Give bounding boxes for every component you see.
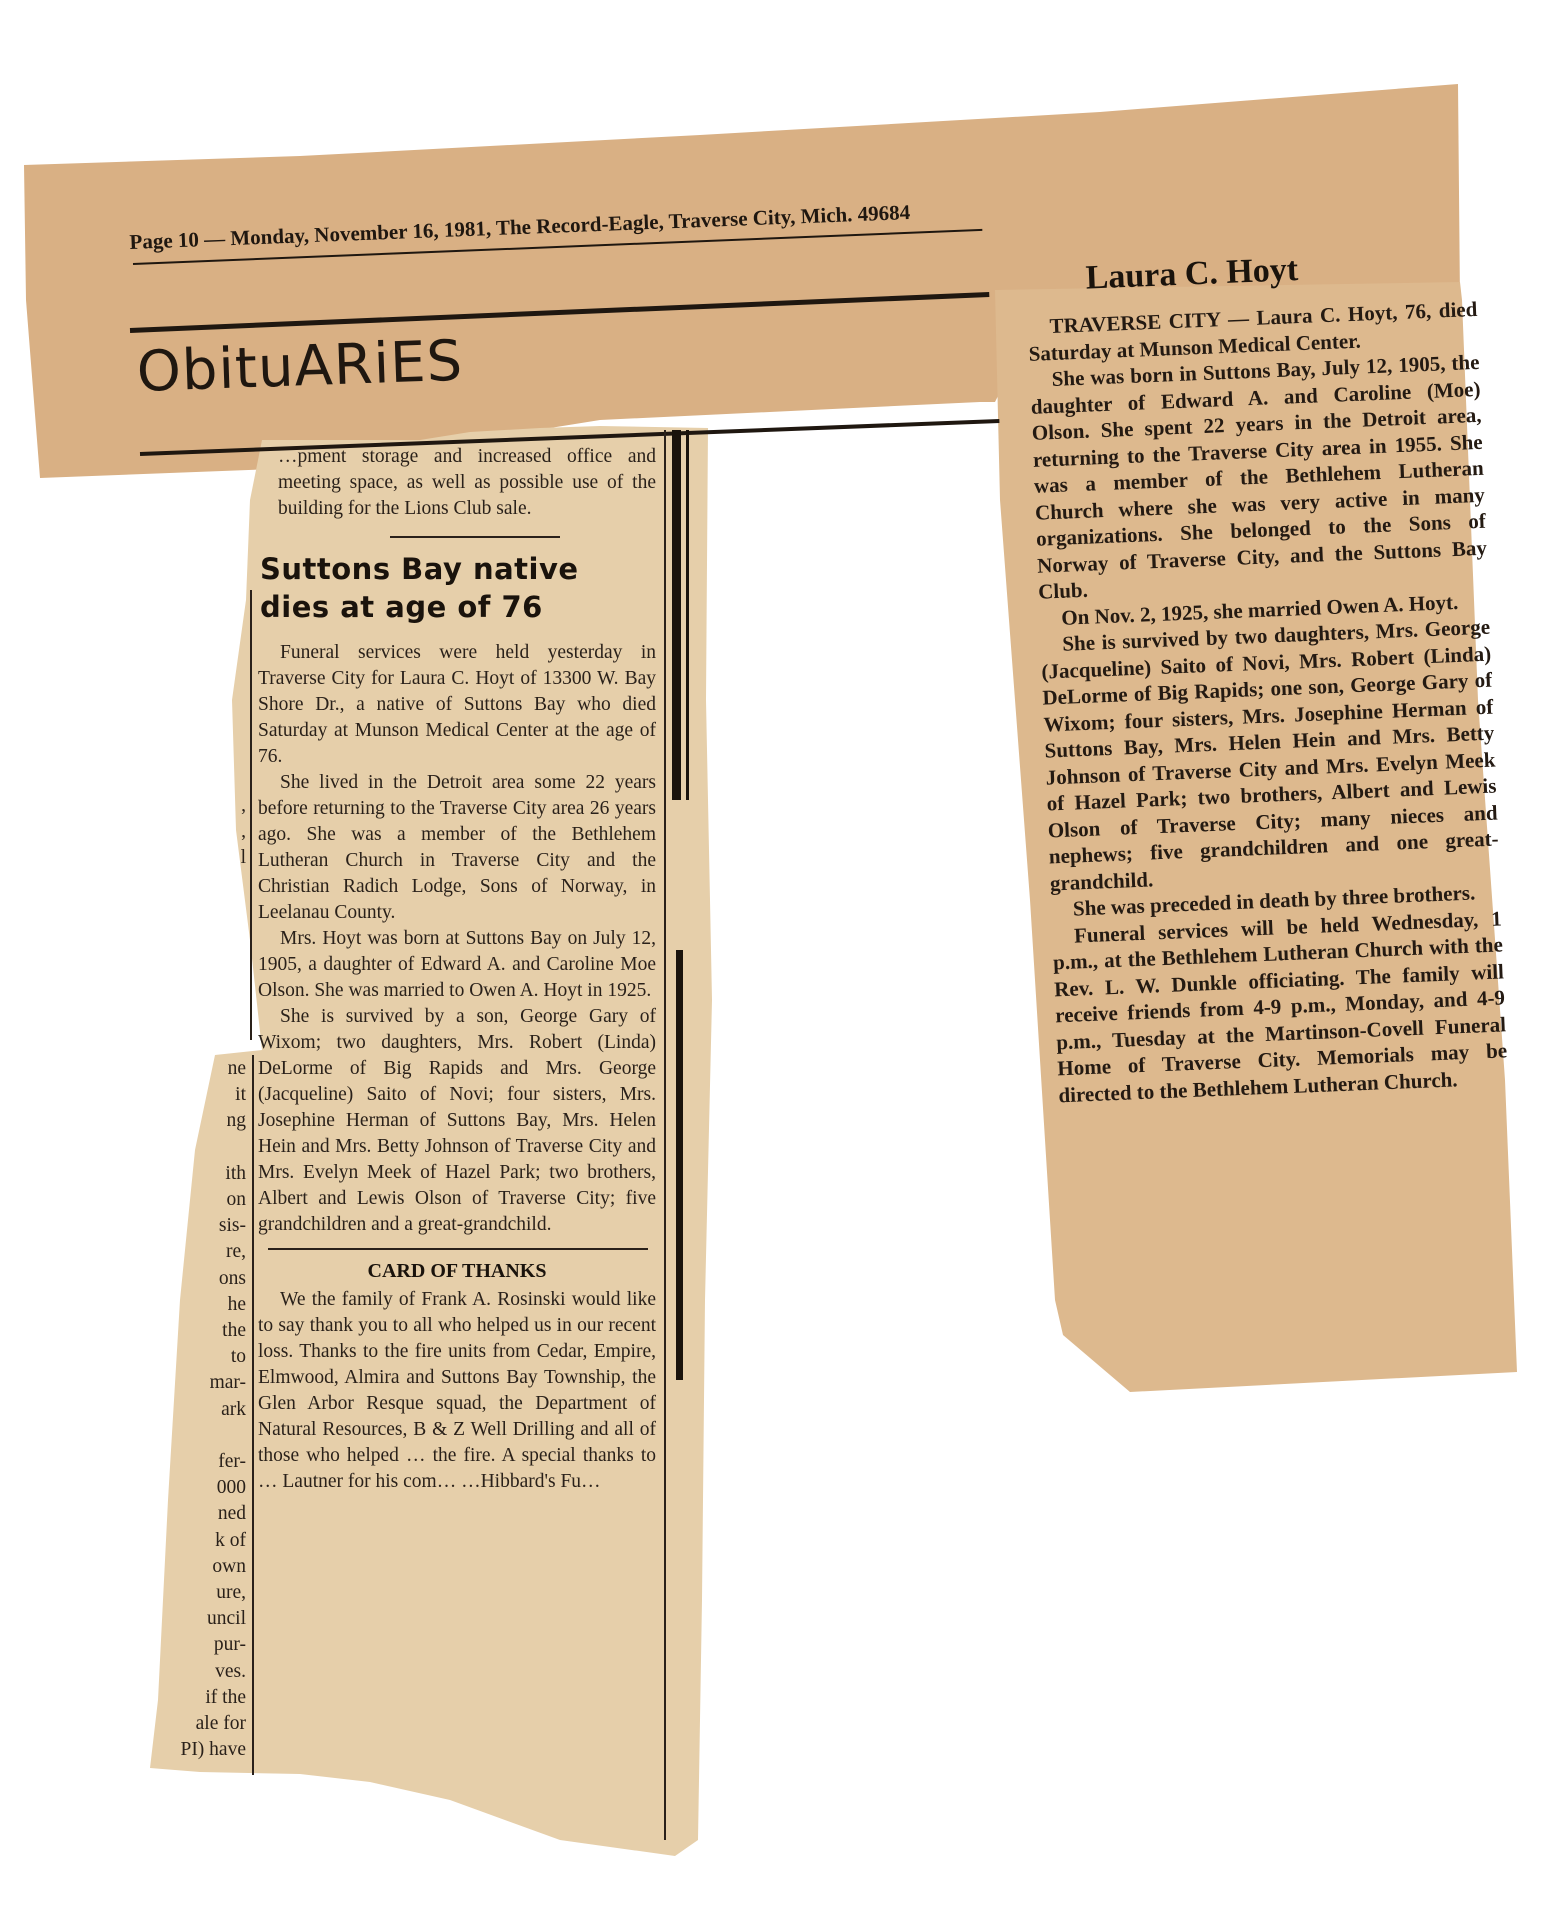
fragment-text: k of xyxy=(186,1530,246,1552)
fragment-text: pur- xyxy=(186,1634,246,1656)
fragment-text: to xyxy=(186,1346,246,1368)
fragment-text: ves. xyxy=(186,1661,246,1683)
right-obituary-paragraph: She is survived by two daughters, Mrs. G… xyxy=(1040,614,1500,897)
left-obituary-paragraph: Mrs. Hoyt was born at Suttons Bay on Jul… xyxy=(258,926,656,1004)
fragment-text: ng xyxy=(186,1110,246,1132)
fragment-text: , xyxy=(186,821,246,843)
card-of-thanks-body: We the family of Frank A. Rosinski would… xyxy=(258,1287,656,1495)
right-obituary-article: Laura C. Hoyt TRAVERSE CITY — Laura C. H… xyxy=(1025,244,1509,1108)
fragment-text: ale for xyxy=(158,1713,246,1735)
section-title: ObituARiES xyxy=(136,329,464,405)
double-rule xyxy=(686,430,689,800)
column-rule xyxy=(252,1055,254,1775)
fragment-text: re, xyxy=(186,1241,246,1263)
fragment-text: the xyxy=(186,1320,246,1342)
left-obituary-paragraph: She lived in the Detroit area some 22 ye… xyxy=(258,770,656,926)
left-obituary-paragraph: Funeral services were held yesterday in … xyxy=(258,640,656,770)
left-obituary-headline: Suttons Bay native dies at age of 76 xyxy=(260,550,656,626)
story-separator xyxy=(390,536,560,538)
fragment-text: ned xyxy=(186,1503,246,1525)
card-of-thanks-separator xyxy=(268,1248,648,1250)
fragment-text: mar- xyxy=(186,1372,246,1394)
fragment-text: uncil xyxy=(186,1608,246,1630)
column-rule xyxy=(664,430,666,1840)
fragment-text: ure, xyxy=(186,1582,246,1604)
fragment-text: ne xyxy=(186,1058,246,1080)
fragment-text: own xyxy=(186,1556,246,1578)
fragment-text: he xyxy=(186,1294,246,1316)
fragment-text: 000 xyxy=(186,1477,246,1499)
fragment-text: fer- xyxy=(186,1451,246,1473)
fragment-text: , xyxy=(186,795,246,817)
column-rule xyxy=(250,590,252,1040)
fragment-text: PI) have xyxy=(158,1739,246,1761)
right-obituary-paragraph: Funeral services will be held Wednesday,… xyxy=(1052,905,1509,1108)
left-obituary-article: …pment storage and increased office and … xyxy=(258,444,656,1495)
fragment-text: it xyxy=(186,1084,246,1106)
card-of-thanks-heading: CARD OF THANKS xyxy=(258,1260,656,1283)
double-rule xyxy=(676,950,683,1380)
left-obituary-paragraph: She is survived by a son, George Gary of… xyxy=(258,1004,656,1238)
previous-story-tail: …pment storage and increased office and … xyxy=(258,444,656,522)
fragment-text: on xyxy=(186,1189,246,1211)
double-rule xyxy=(672,430,681,800)
fragment-text: ons xyxy=(186,1268,246,1290)
fragment-text: ark xyxy=(186,1399,246,1421)
fragment-text: if the xyxy=(158,1687,246,1709)
fragment-text: sis- xyxy=(186,1215,246,1237)
fragment-text: l xyxy=(186,847,246,869)
right-obituary-paragraph: She was born in Suttons Bay, July 12, 19… xyxy=(1029,349,1488,605)
fragment-text: ith xyxy=(186,1163,246,1185)
